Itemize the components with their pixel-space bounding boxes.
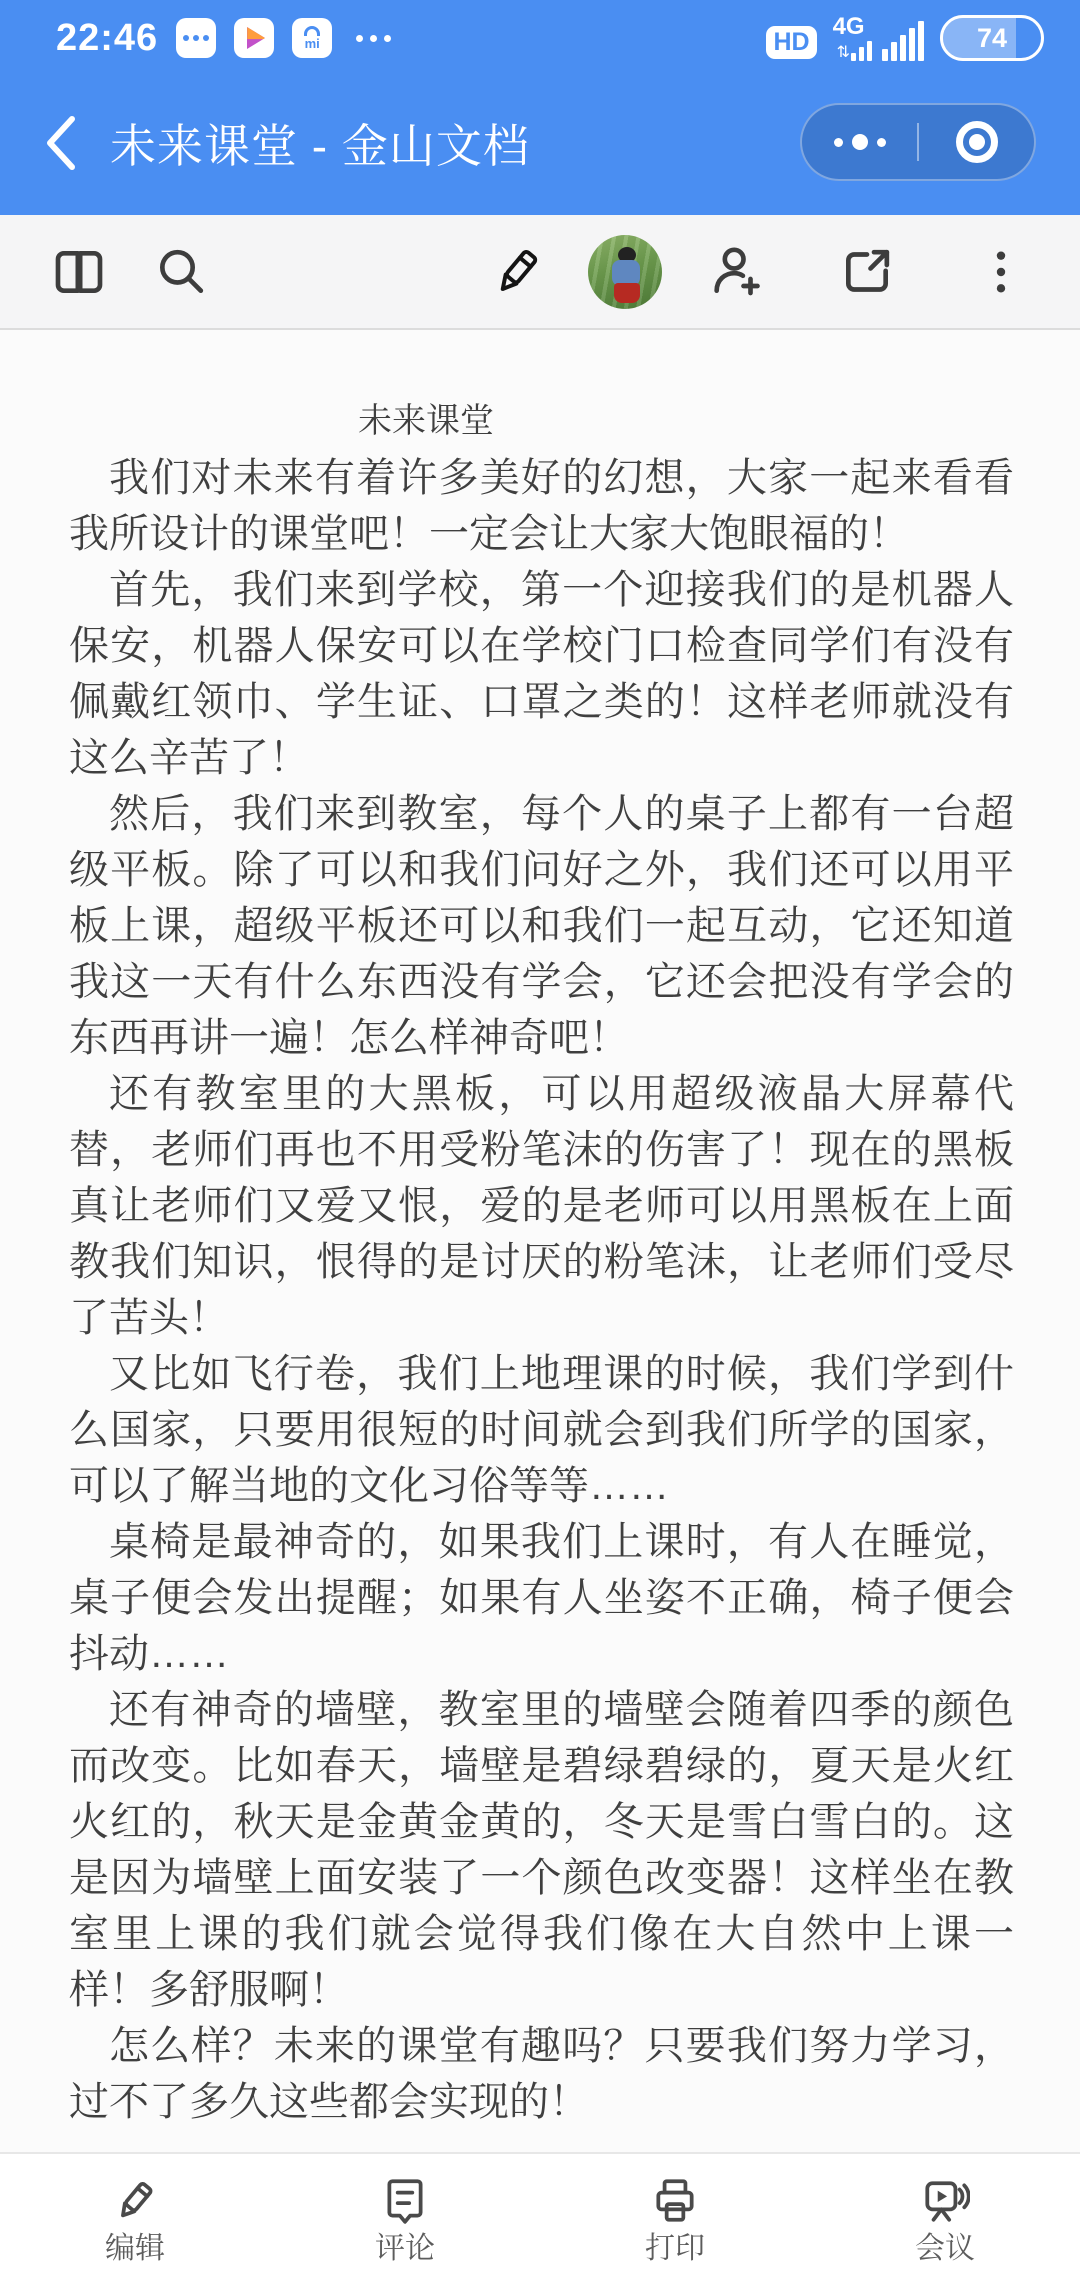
kebab-menu-icon xyxy=(973,244,1029,300)
search-icon xyxy=(153,244,209,300)
document-body: 我们对未来有着许多美好的幻想，大家一起来看看我所设计的课堂吧！一定会让大家大饱眼… xyxy=(0,450,1080,2130)
hd-badge: HD xyxy=(766,26,816,59)
edit-pencil-icon xyxy=(110,2176,160,2226)
miniprogram-capsule xyxy=(800,103,1036,181)
add-collaborator-icon xyxy=(705,244,761,300)
paragraph: 首先，我们来到学校，第一个迎接我们的是机器人保安，机器人保安可以在学校门口检查同… xyxy=(69,562,1014,786)
status-bar: 22:46 mi HD 4G ⇅ 74 xyxy=(0,0,1080,70)
capsule-close-button[interactable] xyxy=(919,105,1034,179)
edit-button[interactable]: 编辑 xyxy=(0,2154,270,2280)
document-title: 未来课堂 xyxy=(358,392,1080,450)
capsule-more-icon xyxy=(834,134,886,150)
clock: 22:46 xyxy=(56,17,158,60)
print-icon xyxy=(650,2176,700,2226)
paragraph: 还有教室里的大黑板，可以用超级液晶大屏幕代替，老师们再也不用受粉笔沫的伤害了！现… xyxy=(69,1066,1014,1346)
outline-button[interactable] xyxy=(40,233,118,311)
nav-bar: 未来课堂 - 金山文档 xyxy=(0,70,1080,215)
doc-toolbar xyxy=(0,215,1080,330)
search-button[interactable] xyxy=(142,233,220,311)
document-viewer[interactable]: 未来课堂 我们对未来有着许多美好的幻想，大家一起来看看我所设计的课堂吧！一定会让… xyxy=(0,330,1080,2152)
avatar[interactable] xyxy=(588,235,662,309)
edit-pencil-icon xyxy=(489,244,545,300)
dual-sim-signal-bars: ⇅ xyxy=(837,21,924,61)
meeting-icon xyxy=(920,2176,970,2226)
comment-button[interactable]: 评论 xyxy=(270,2154,540,2280)
paragraph: 桌椅是最神奇的，如果我们上课时，有人在睡觉，桌子便会发出提醒；如果有人坐姿不正确… xyxy=(69,1514,1014,1682)
edit-button-toolbar[interactable] xyxy=(478,233,556,311)
capsule-target-icon xyxy=(956,121,998,163)
edit-label: 编辑 xyxy=(105,2234,165,2264)
meeting-button[interactable]: 会议 xyxy=(810,2154,1080,2280)
back-chevron-icon xyxy=(40,111,80,175)
battery-percent: 74 xyxy=(977,23,1007,54)
more-notifications-icon xyxy=(356,35,391,42)
comment-label: 评论 xyxy=(375,2234,435,2264)
paragraph: 又比如飞行卷，我们上地理课的时候，我们学到什么国家，只要用很短的时间就会到我们所… xyxy=(69,1346,1014,1514)
messages-app-icon xyxy=(176,18,216,58)
video-app-icon xyxy=(234,18,274,58)
bottom-action-bar: 编辑 评论 打印 会议 xyxy=(0,2152,1080,2280)
mi-store-app-icon: mi xyxy=(292,18,332,58)
add-collaborator-button[interactable] xyxy=(694,233,772,311)
capsule-more-button[interactable] xyxy=(802,105,917,179)
status-bar-right: HD 4G ⇅ 74 xyxy=(766,15,1044,61)
print-label: 打印 xyxy=(645,2234,705,2264)
paragraph: 怎么样？未来的课堂有趣吗？只要我们努力学习，过不了多久这些都会实现的！ xyxy=(69,2018,1014,2130)
back-button[interactable] xyxy=(40,113,96,173)
share-button[interactable] xyxy=(828,233,906,311)
status-bar-left: 22:46 mi xyxy=(56,17,391,60)
paragraph: 然后，我们来到教室，每个人的桌子上都有一台超级平板。除了可以和我们问好之外，我们… xyxy=(69,786,1014,1066)
outline-book-icon xyxy=(51,244,107,300)
comment-icon xyxy=(380,2176,430,2226)
page-title: 未来课堂 - 金山文档 xyxy=(110,110,530,176)
print-button[interactable]: 打印 xyxy=(540,2154,810,2280)
more-menu-button[interactable] xyxy=(962,233,1040,311)
meeting-label: 会议 xyxy=(915,2234,975,2264)
battery-indicator: 74 xyxy=(940,15,1044,61)
paragraph: 还有神奇的墙壁，教室里的墙壁会随着四季的颜色而改变。比如春天，墙壁是碧绿碧绿的，… xyxy=(69,1682,1014,2018)
paragraph: 我们对未来有着许多美好的幻想，大家一起来看看我所设计的课堂吧！一定会让大家大饱眼… xyxy=(69,450,1014,562)
share-icon xyxy=(839,244,895,300)
